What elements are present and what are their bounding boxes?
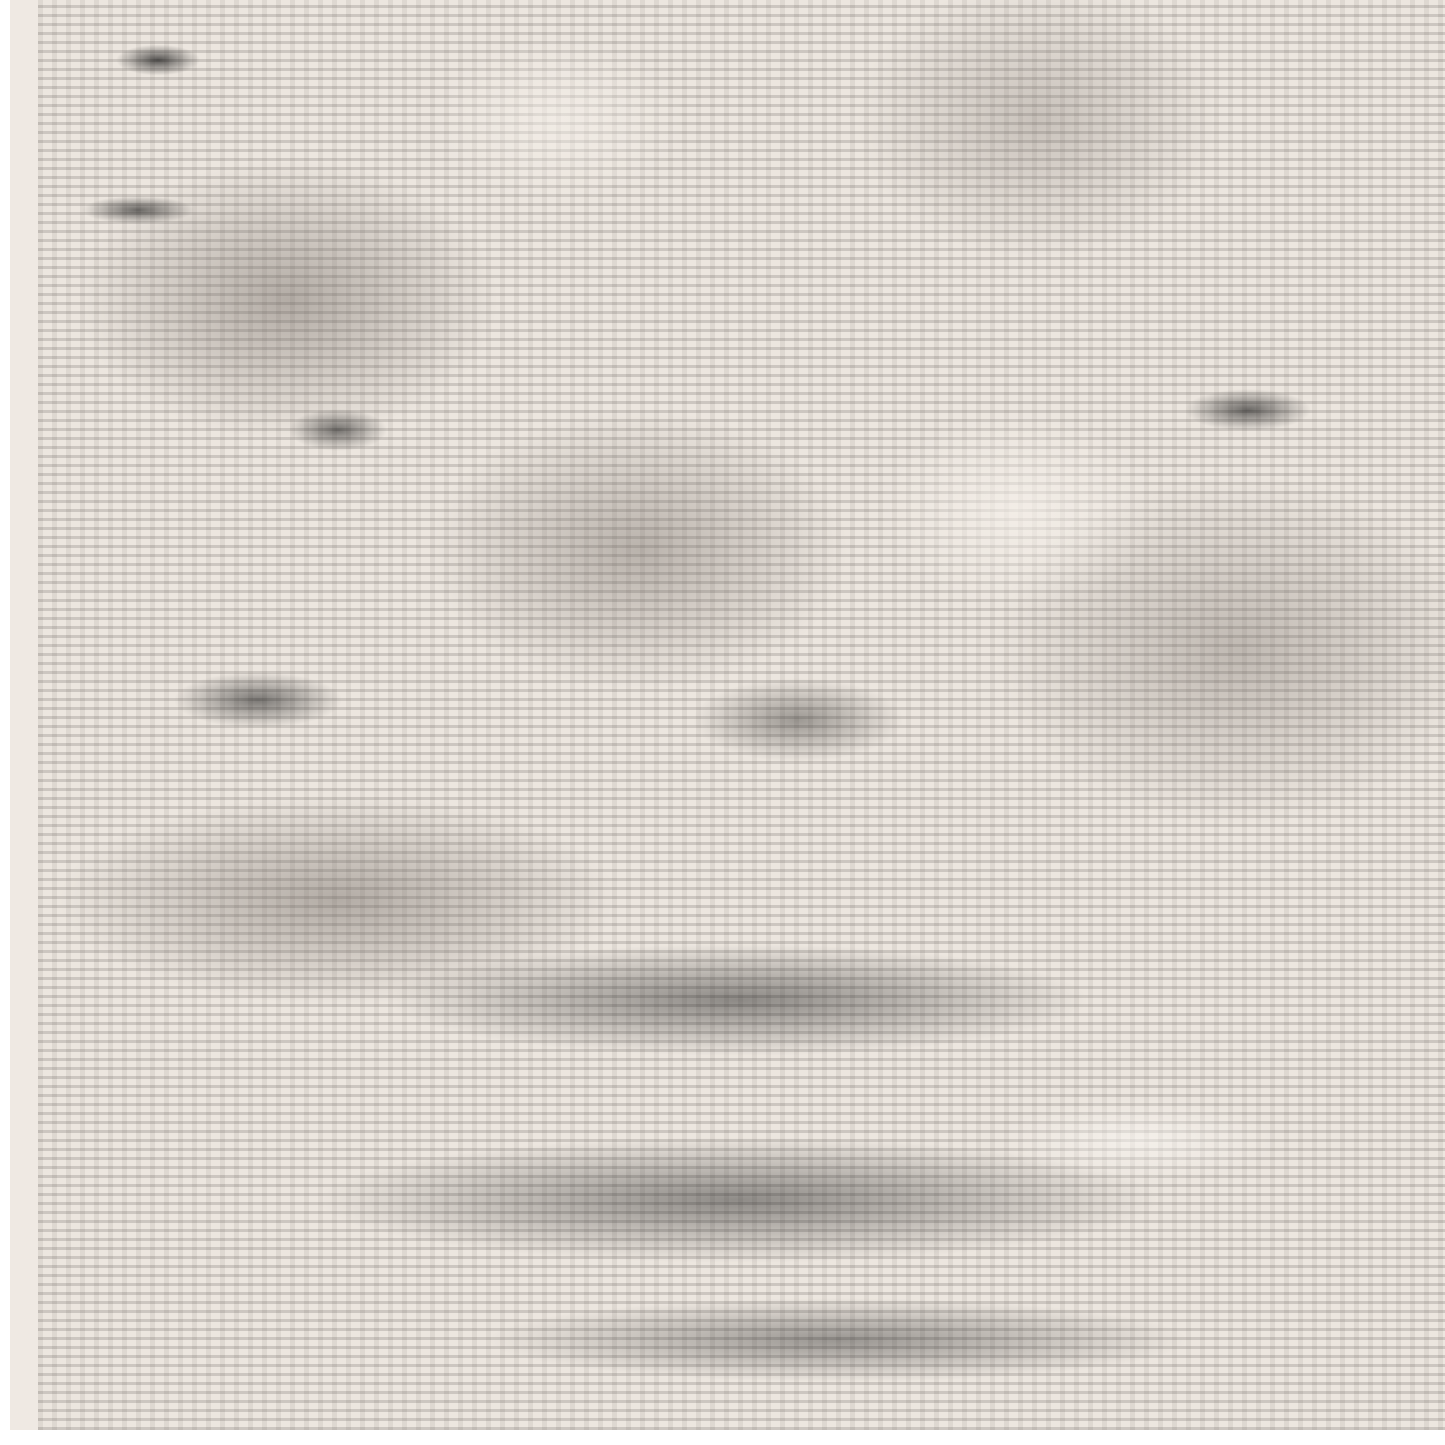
worn-highlights [38,0,1445,1430]
rug-binding-edge [10,0,39,1430]
rug-photo [38,0,1445,1430]
